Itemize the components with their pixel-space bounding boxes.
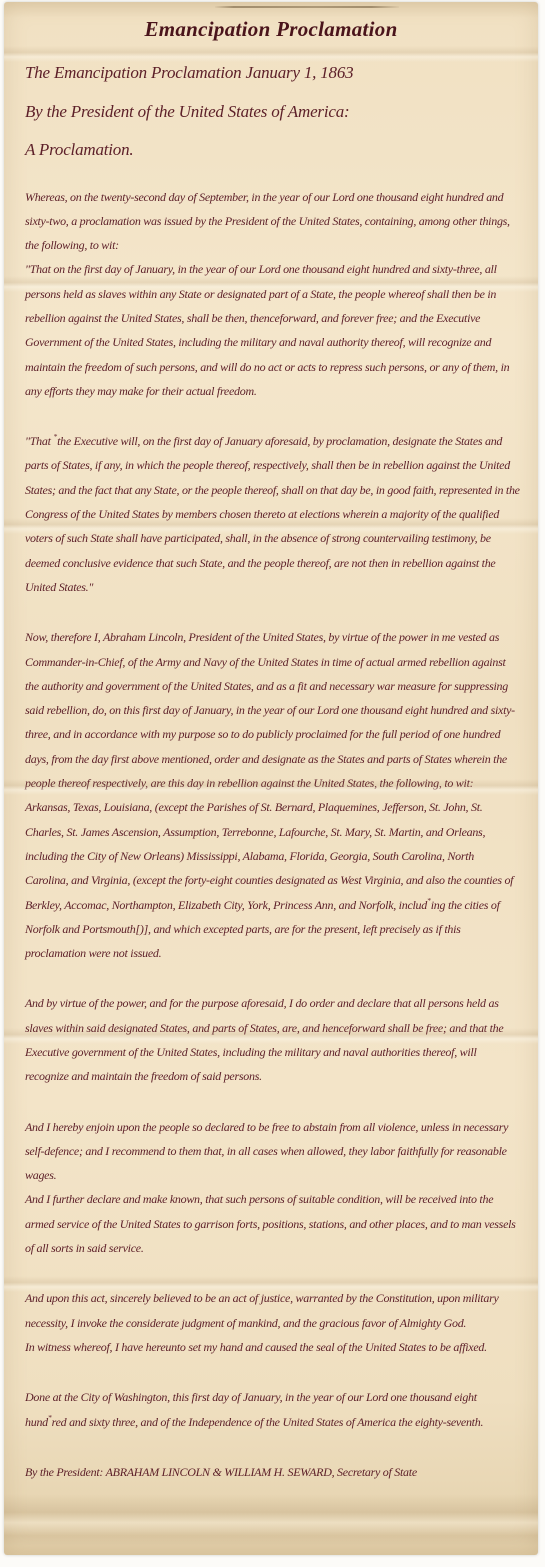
paragraph: And by virtue of the power, and for the … — [25, 991, 520, 1088]
subtitle-line: The Emancipation Proclamation January 1,… — [25, 54, 524, 93]
fold-line — [215, 6, 399, 8]
paragraph: By the President: ABRAHAM LINCOLN & WILL… — [25, 1460, 520, 1484]
text-segment: Now, therefore I, Abraham Lincoln, Presi… — [25, 625, 520, 795]
text-segment: Arkansas, Texas, Louisiana, (except the … — [25, 795, 520, 965]
text-segment: "That *the Executive will, on the first … — [25, 429, 520, 599]
document-subtitle: The Emancipation Proclamation January 1,… — [25, 54, 524, 170]
paragraph: "That *the Executive will, on the first … — [25, 429, 520, 599]
text-segment: Whereas, on the twenty-second day of Sep… — [25, 185, 520, 258]
paragraph: And upon this act, sincerely believed to… — [25, 1286, 520, 1359]
text-segment: "That on the first day of January, in th… — [25, 257, 520, 403]
text-segment: In witness whereof, I have hereunto set … — [25, 1335, 520, 1359]
bottom-fold-shading — [4, 1494, 538, 1546]
paragraph: Whereas, on the twenty-second day of Sep… — [25, 185, 520, 404]
subtitle-line: By the President of the United States of… — [25, 93, 524, 132]
paragraph: And I hereby enjoin upon the people so d… — [25, 1115, 520, 1261]
text-segment: And by virtue of the power, and for the … — [25, 991, 520, 1088]
text-segment: And upon this act, sincerely believed to… — [25, 1286, 520, 1335]
screenshot-root: { "page": { "title": "Emancipation Procl… — [0, 0, 545, 1567]
parchment-paper: Emancipation Proclamation The Emancipati… — [4, 2, 538, 1555]
text-segment: And I hereby enjoin upon the people so d… — [25, 1115, 520, 1188]
paragraph: Now, therefore I, Abraham Lincoln, Presi… — [25, 625, 520, 965]
document-title: Emancipation Proclamation — [18, 17, 524, 42]
subtitle-line: A Proclamation. — [25, 131, 524, 170]
document-body: Whereas, on the twenty-second day of Sep… — [25, 185, 520, 1485]
paragraph: Done at the City of Washington, this fir… — [25, 1385, 520, 1434]
text-segment: And I further declare and make known, th… — [25, 1187, 520, 1260]
text-segment: By the President: ABRAHAM LINCOLN & WILL… — [25, 1460, 520, 1484]
text-segment: Done at the City of Washington, this fir… — [25, 1385, 520, 1434]
